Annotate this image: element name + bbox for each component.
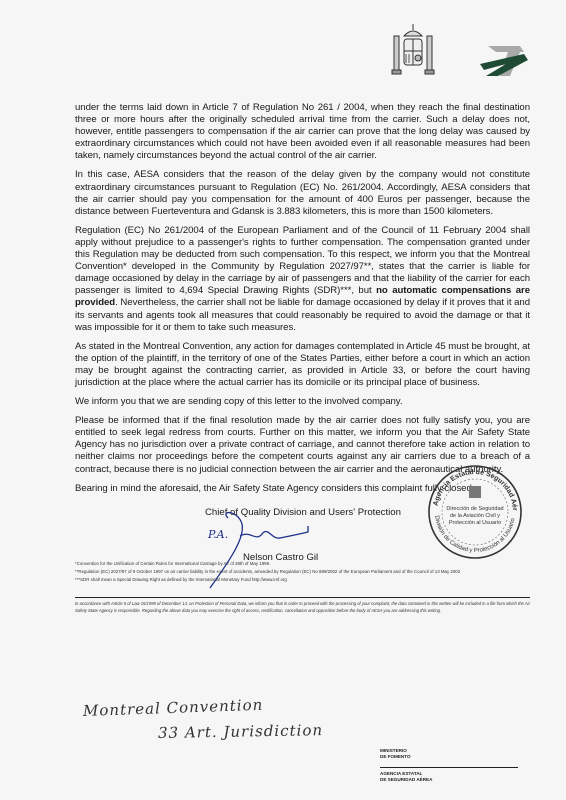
- footer-divider: [380, 767, 518, 768]
- scanned-letter-page: under the terms laid down in Article 7 o…: [0, 0, 566, 800]
- paragraph-regulation: Regulation (EC) No 261/2004 of the Europ…: [75, 225, 530, 334]
- handwritten-line-2: 33 Art. Jurisdiction: [158, 719, 323, 744]
- letterhead-logos: [390, 22, 550, 82]
- footnotes: *Convention for the Unification of Certa…: [75, 560, 545, 583]
- privacy-divider: [75, 597, 530, 598]
- spanish-coat-of-arms-icon: [390, 22, 436, 78]
- ministry-label: MINISTERIO DE FOMENTO: [380, 748, 411, 760]
- agency-label: AGENCIA ESTATAL DE SEGURIDAD AÉREA: [380, 771, 432, 783]
- paragraph-delay-terms: under the terms laid down in Article 7 o…: [75, 102, 530, 162]
- handwritten-note: Montreal Convention 33 Art. Jurisdiction: [83, 700, 323, 744]
- aesa-logo-icon: [480, 42, 530, 78]
- svg-text:Protección al Usuario: Protección al Usuario: [449, 520, 501, 526]
- svg-text:P.A.: P.A.: [207, 528, 228, 541]
- paragraph-copy-sent: We inform you that we are sending copy o…: [75, 396, 530, 408]
- paragraph-montreal-convention: As stated in the Montreal Convention, an…: [75, 341, 530, 389]
- official-stamp-icon: Agencia Estatal de Seguridad Aérea Divis…: [425, 462, 525, 562]
- svg-text:Dirección de Seguridad: Dirección de Seguridad: [446, 506, 503, 512]
- svg-text:de la Aviación Civil y: de la Aviación Civil y: [450, 513, 500, 519]
- letter-body: under the terms laid down in Article 7 o…: [75, 102, 530, 502]
- footnote-montreal: *Convention for the Unification of Certa…: [75, 560, 545, 568]
- footnote-regulation: **Regulation (EC) 2027/97 of 9 October 1…: [75, 568, 545, 576]
- paragraph-aesa-decision: In this case, AESA considers that the re…: [75, 169, 530, 217]
- privacy-notice: In accordance with Article 5 of Law 15/1…: [75, 600, 535, 614]
- footnote-sdr: ***SDR shall mean a Special Drawing Righ…: [75, 576, 545, 584]
- handwritten-line-1: Montreal Convention: [83, 692, 324, 722]
